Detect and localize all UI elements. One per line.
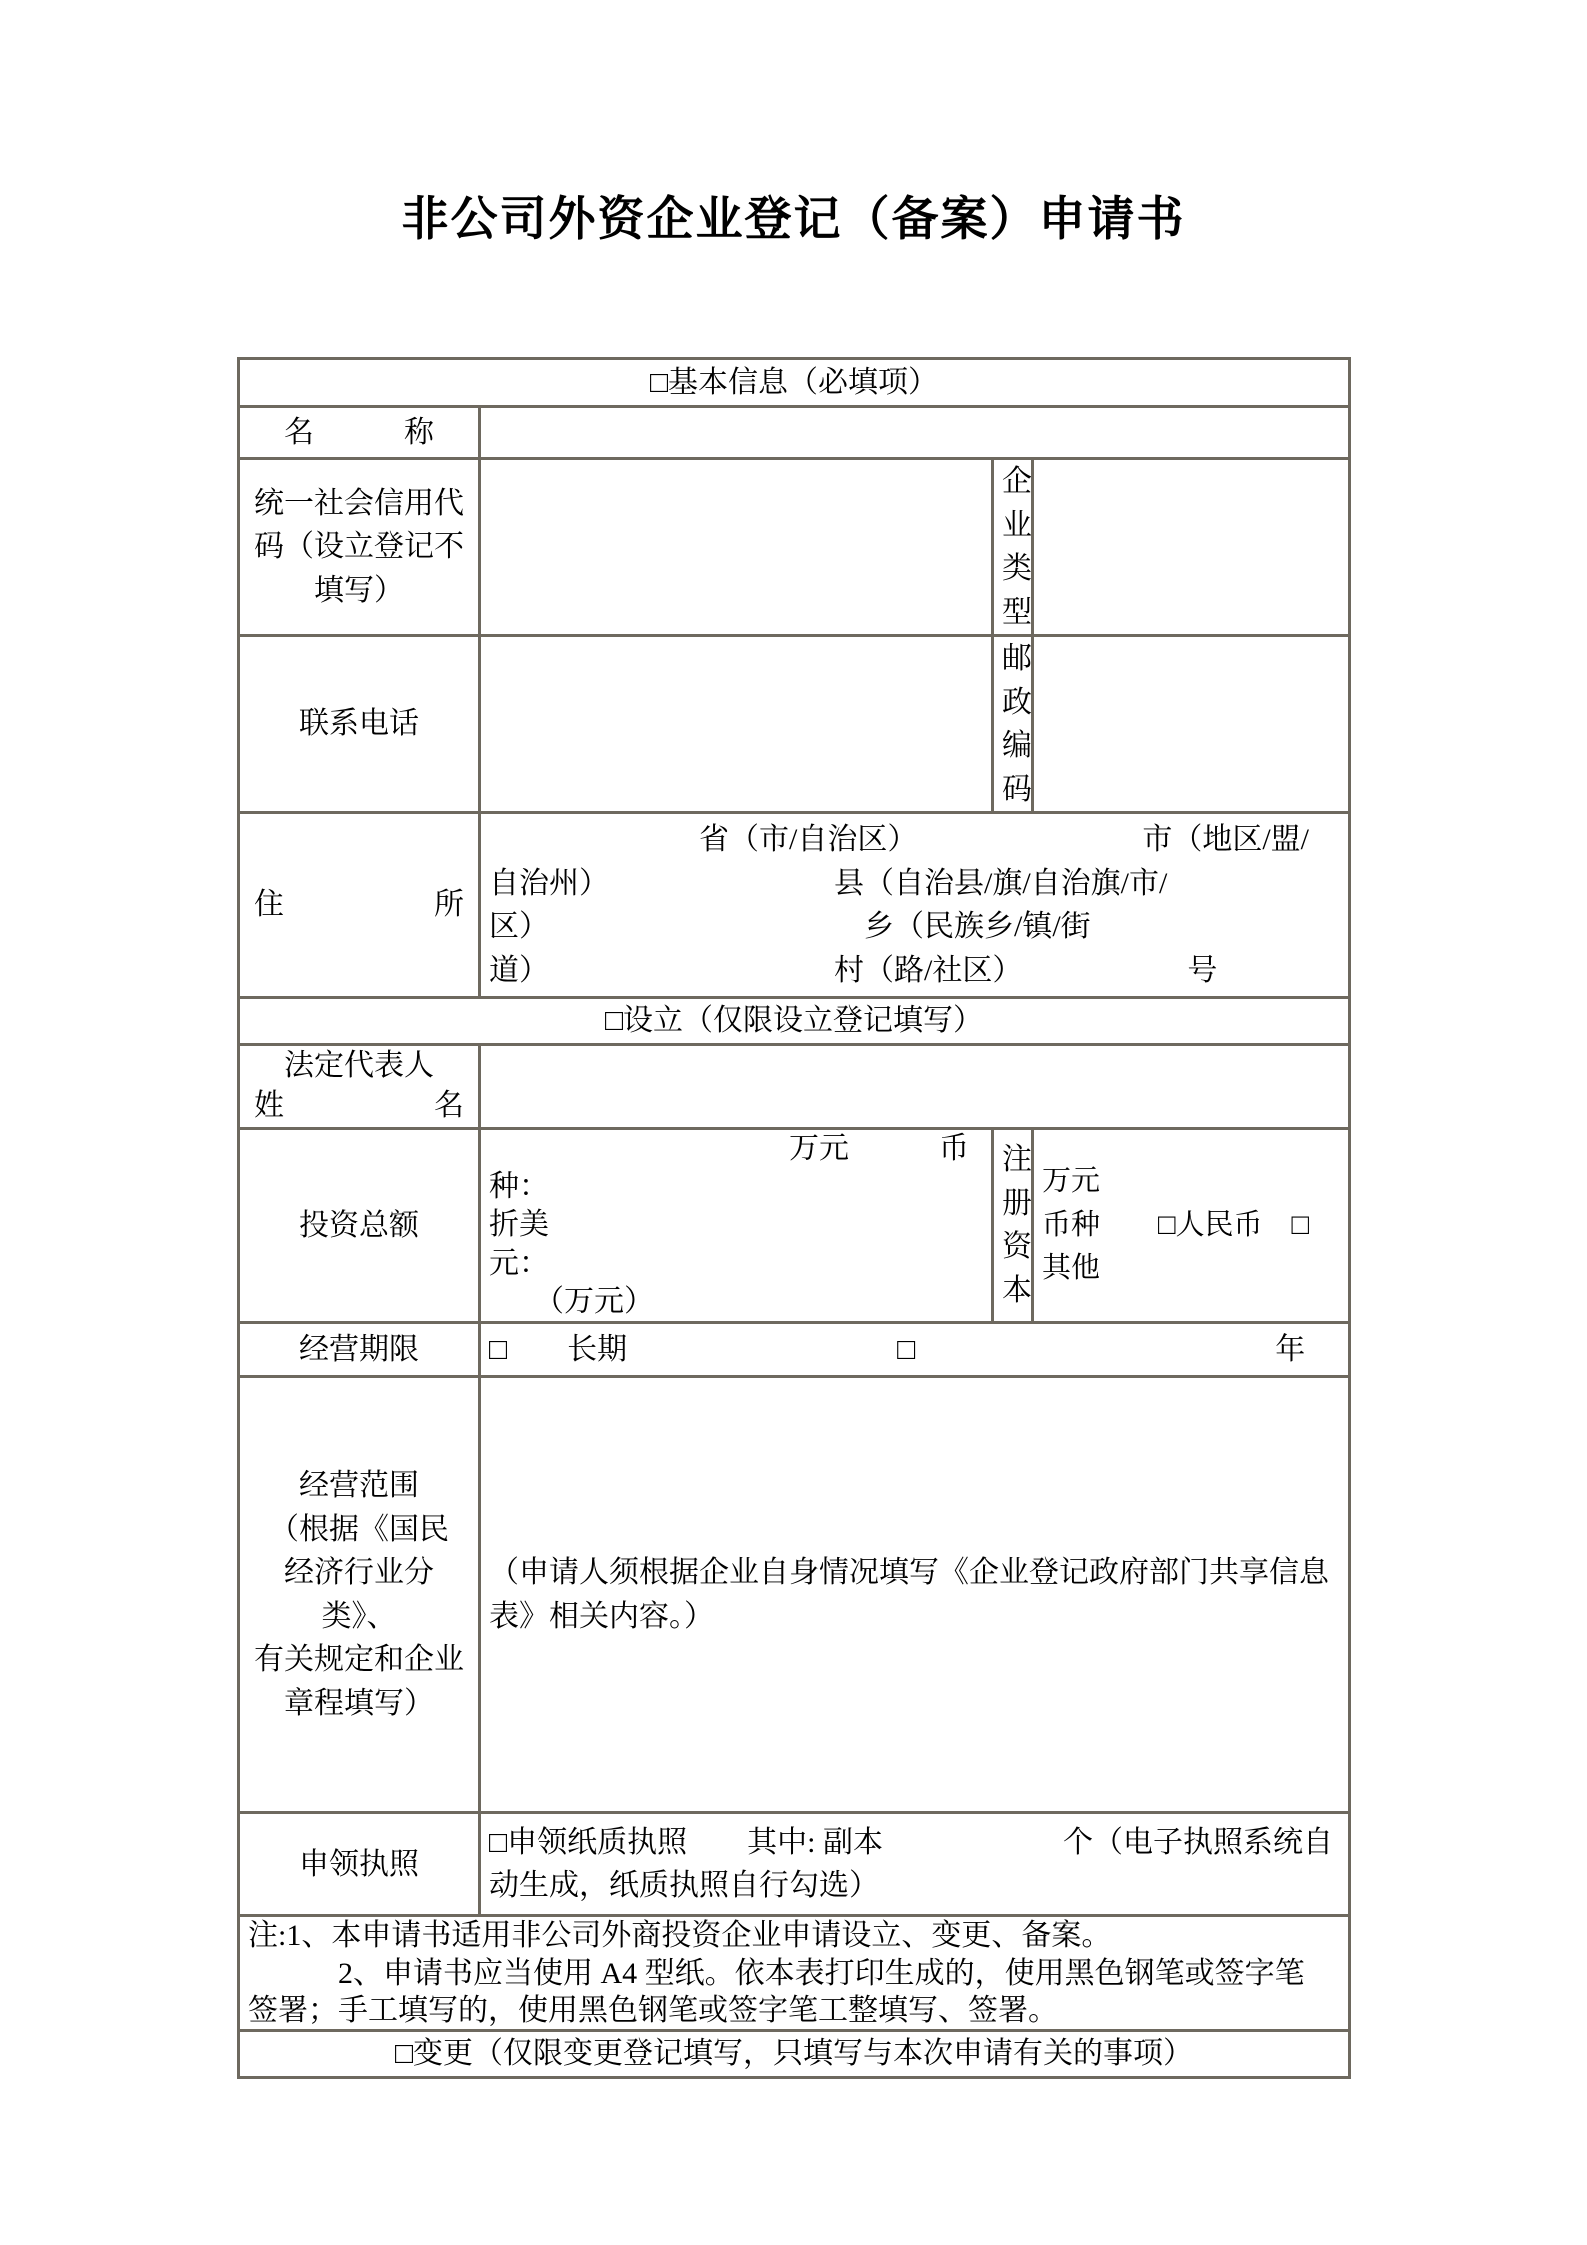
scope-label-cell: 经营范围 （根据《国民 经济行业分类》、 有关规定和企业 章程填写） [239, 1377, 480, 1813]
registered-capital-label-cell: 注册资本 [993, 1128, 1033, 1323]
row-term: 经营期限 □ 长期 □ 年 [239, 1323, 1350, 1377]
row-phone: 联系电话 邮政编码 [239, 636, 1350, 813]
row-legal-rep: 法定代表人 姓 名 [239, 1044, 1350, 1128]
name-label-cell: 名 称 [239, 407, 480, 459]
term-value-cell: □ 长期 □ 年 [480, 1323, 1350, 1377]
credit-code-value-cell [480, 459, 993, 636]
address-label-cell: 住 所 [239, 813, 480, 998]
row-license: 申领执照 □申领纸质执照 其中: 副本 个（电子执照系统自 动生成，纸质执照自行… [239, 1813, 1350, 1916]
row-name: 名 称 [239, 407, 1350, 459]
postal-code-value-cell [1033, 636, 1350, 813]
row-credit-code: 统一社会信用代 码（设立登记不 填写） 企业类型 [239, 459, 1350, 636]
legal-rep-value-cell [480, 1044, 1350, 1128]
row-business-scope: 经营范围 （根据《国民 经济行业分类》、 有关规定和企业 章程填写） （申请人须… [239, 1377, 1350, 1813]
enterprise-type-label-cell: 企业类型 [993, 459, 1033, 636]
section-header-change: □变更（仅限变更登记填写，只填写与本次申请有关的事项） [239, 2031, 1350, 2078]
investment-label-cell: 投资总额 [239, 1128, 480, 1323]
page-title: 非公司外资企业登记（备案）申请书 [0, 192, 1587, 248]
enterprise-type-value-cell [1033, 459, 1350, 636]
application-form-table: □基本信息（必填项） 名 称 统一社会信用代 码（设立登记不 填写） 企业类型 … [237, 357, 1351, 2079]
investment-value-cell: 万元 币 种： 折美 元： （万元） [480, 1128, 993, 1323]
license-value-cell: □申领纸质执照 其中: 副本 个（电子执照系统自 动生成，纸质执照自行勾选） [480, 1813, 1350, 1916]
row-address: 住 所 省（市/自治区） 市（地区/盟/ 自治州） 县（自治县/旗/自治旗/市/… [239, 813, 1350, 998]
license-label-cell: 申领执照 [239, 1813, 480, 1916]
row-investment: 投资总额 万元 币 种： 折美 元： （万元） 注册资本 万元 币种 □人民币 … [239, 1128, 1350, 1323]
row-establishment-header: □设立（仅限设立登记填写） [239, 998, 1350, 1045]
credit-code-label-cell: 统一社会信用代 码（设立登记不 填写） [239, 459, 480, 636]
section-header-basic-info: □基本信息（必填项） [239, 359, 1350, 407]
row-basic-info-header: □基本信息（必填项） [239, 359, 1350, 407]
row-notes: 注:1、本申请书适用非公司外商投资企业申请设立、变更、备案。 2、申请书应当使用… [239, 1916, 1350, 2031]
section-header-establishment: □设立（仅限设立登记填写） [239, 998, 1350, 1045]
notes-cell: 注:1、本申请书适用非公司外商投资企业申请设立、变更、备案。 2、申请书应当使用… [239, 1916, 1350, 2031]
address-value-cell: 省（市/自治区） 市（地区/盟/ 自治州） 县（自治县/旗/自治旗/市/ 区） … [480, 813, 1350, 998]
name-value-cell [480, 407, 1350, 459]
legal-rep-label-cell: 法定代表人 姓 名 [239, 1044, 480, 1128]
term-label-cell: 经营期限 [239, 1323, 480, 1377]
phone-label-cell: 联系电话 [239, 636, 480, 813]
document-page: 非公司外资企业登记（备案）申请书 □基本信息（必填项） 名 称 统一社会信用代 … [0, 0, 1587, 2245]
phone-value-cell [480, 636, 993, 813]
registered-capital-value-cell: 万元 币种 □人民币 □ 其他 [1033, 1128, 1350, 1323]
postal-code-label-cell: 邮政编码 [993, 636, 1033, 813]
scope-value-cell: （申请人须根据企业自身情况填写《企业登记政府部门共享信息 表》相关内容。） [480, 1377, 1350, 1813]
row-change-header: □变更（仅限变更登记填写，只填写与本次申请有关的事项） [239, 2031, 1350, 2078]
